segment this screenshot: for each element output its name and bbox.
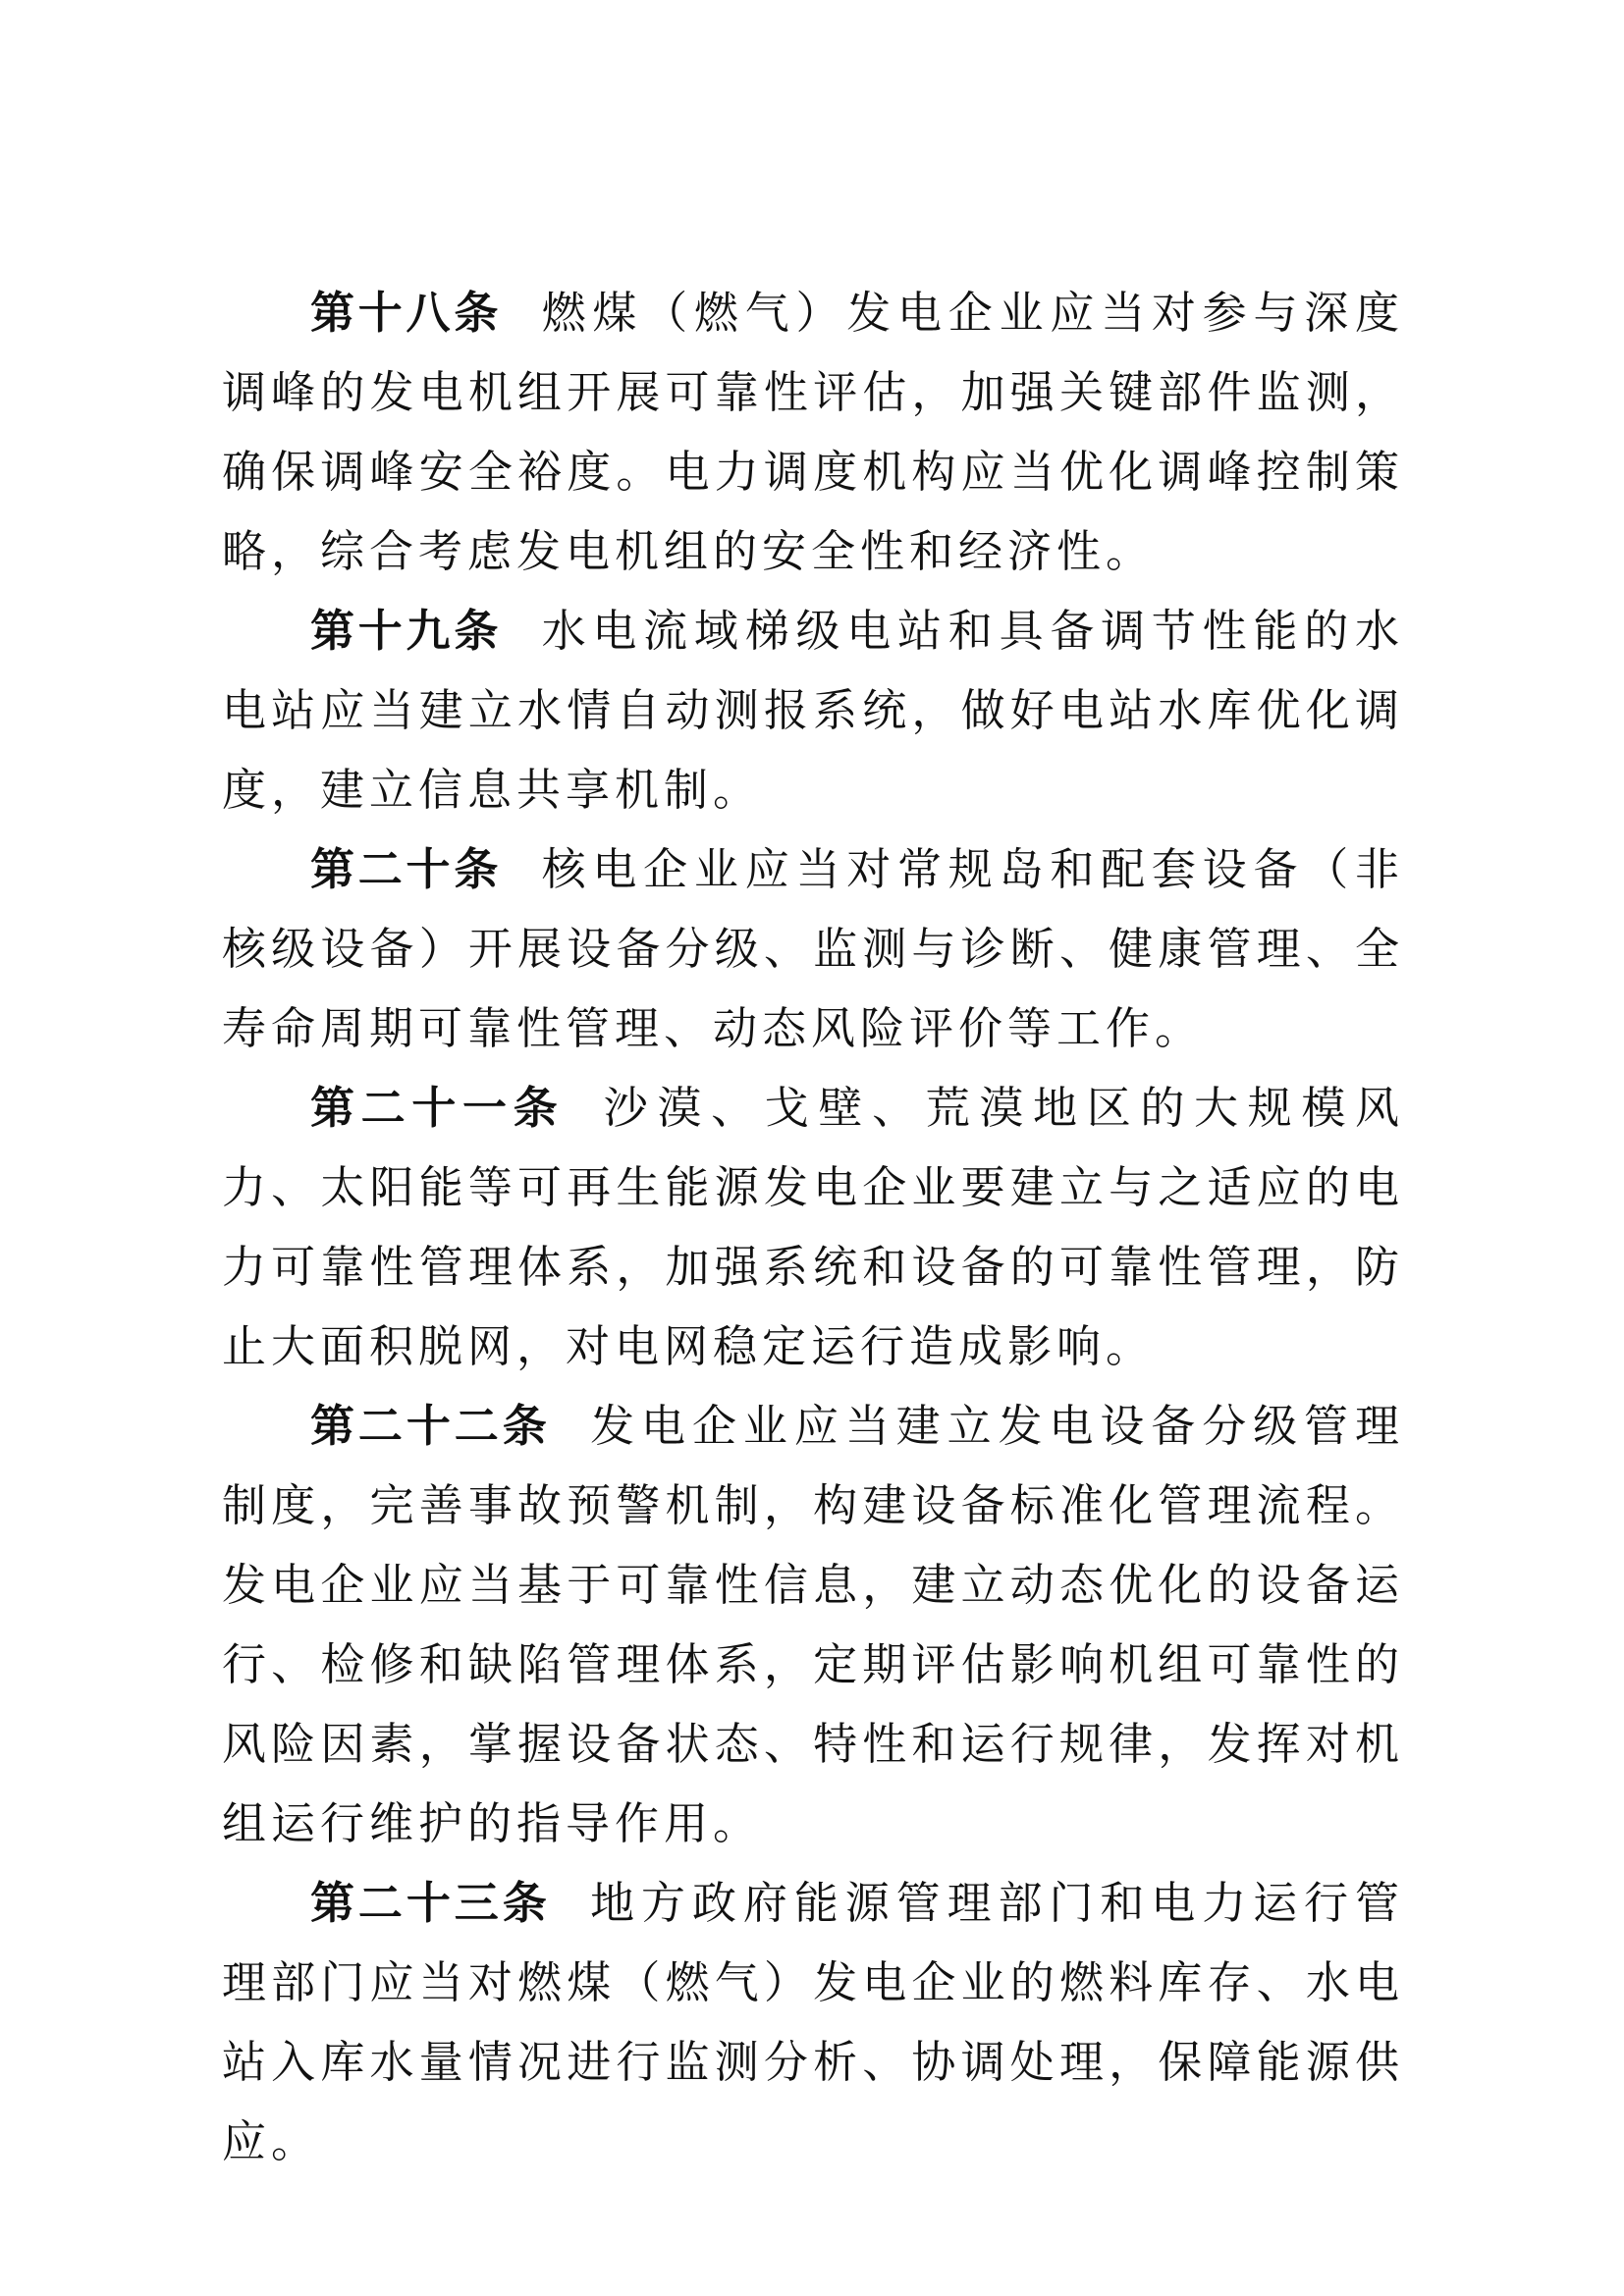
document-page: 第十八条燃煤（燃气）发电企业应当对参与深度调峰的发电机组开展可靠性评估，加强关键… bbox=[222, 273, 1404, 2181]
article-body: 发电企业应当建立发电设备分级管理制度，完善事故预警机制，构建设备标准化管理流程。… bbox=[222, 1400, 1404, 1849]
article-23: 第二十三条地方政府能源管理部门和电力运行管理部门应当对燃煤（燃气）发电企业的燃料… bbox=[222, 1863, 1404, 2181]
article-heading: 第二十一条 bbox=[310, 1082, 564, 1134]
article-heading: 第十九条 bbox=[310, 605, 502, 657]
article-19: 第十九条水电流域梯级电站和具备调节性能的水电站应当建立水情自动测报系统，做好电站… bbox=[222, 591, 1404, 829]
article-heading: 第二十条 bbox=[310, 843, 502, 895]
article-heading: 第二十三条 bbox=[310, 1877, 551, 1929]
article-22: 第二十二条发电企业应当建立发电设备分级管理制度，完善事故预警机制，构建设备标准化… bbox=[222, 1386, 1404, 1863]
article-heading: 第十八条 bbox=[310, 287, 502, 339]
article-18: 第十八条燃煤（燃气）发电企业应当对参与深度调峰的发电机组开展可靠性评估，加强关键… bbox=[222, 273, 1404, 591]
article-20: 第二十条核电企业应当对常规岛和配套设备（非核级设备）开展设备分级、监测与诊断、健… bbox=[222, 829, 1404, 1068]
article-21: 第二十一条沙漠、戈壁、荒漠地区的大规模风力、太阳能等可再生能源发电企业要建立与之… bbox=[222, 1068, 1404, 1386]
article-heading: 第二十二条 bbox=[310, 1400, 551, 1452]
